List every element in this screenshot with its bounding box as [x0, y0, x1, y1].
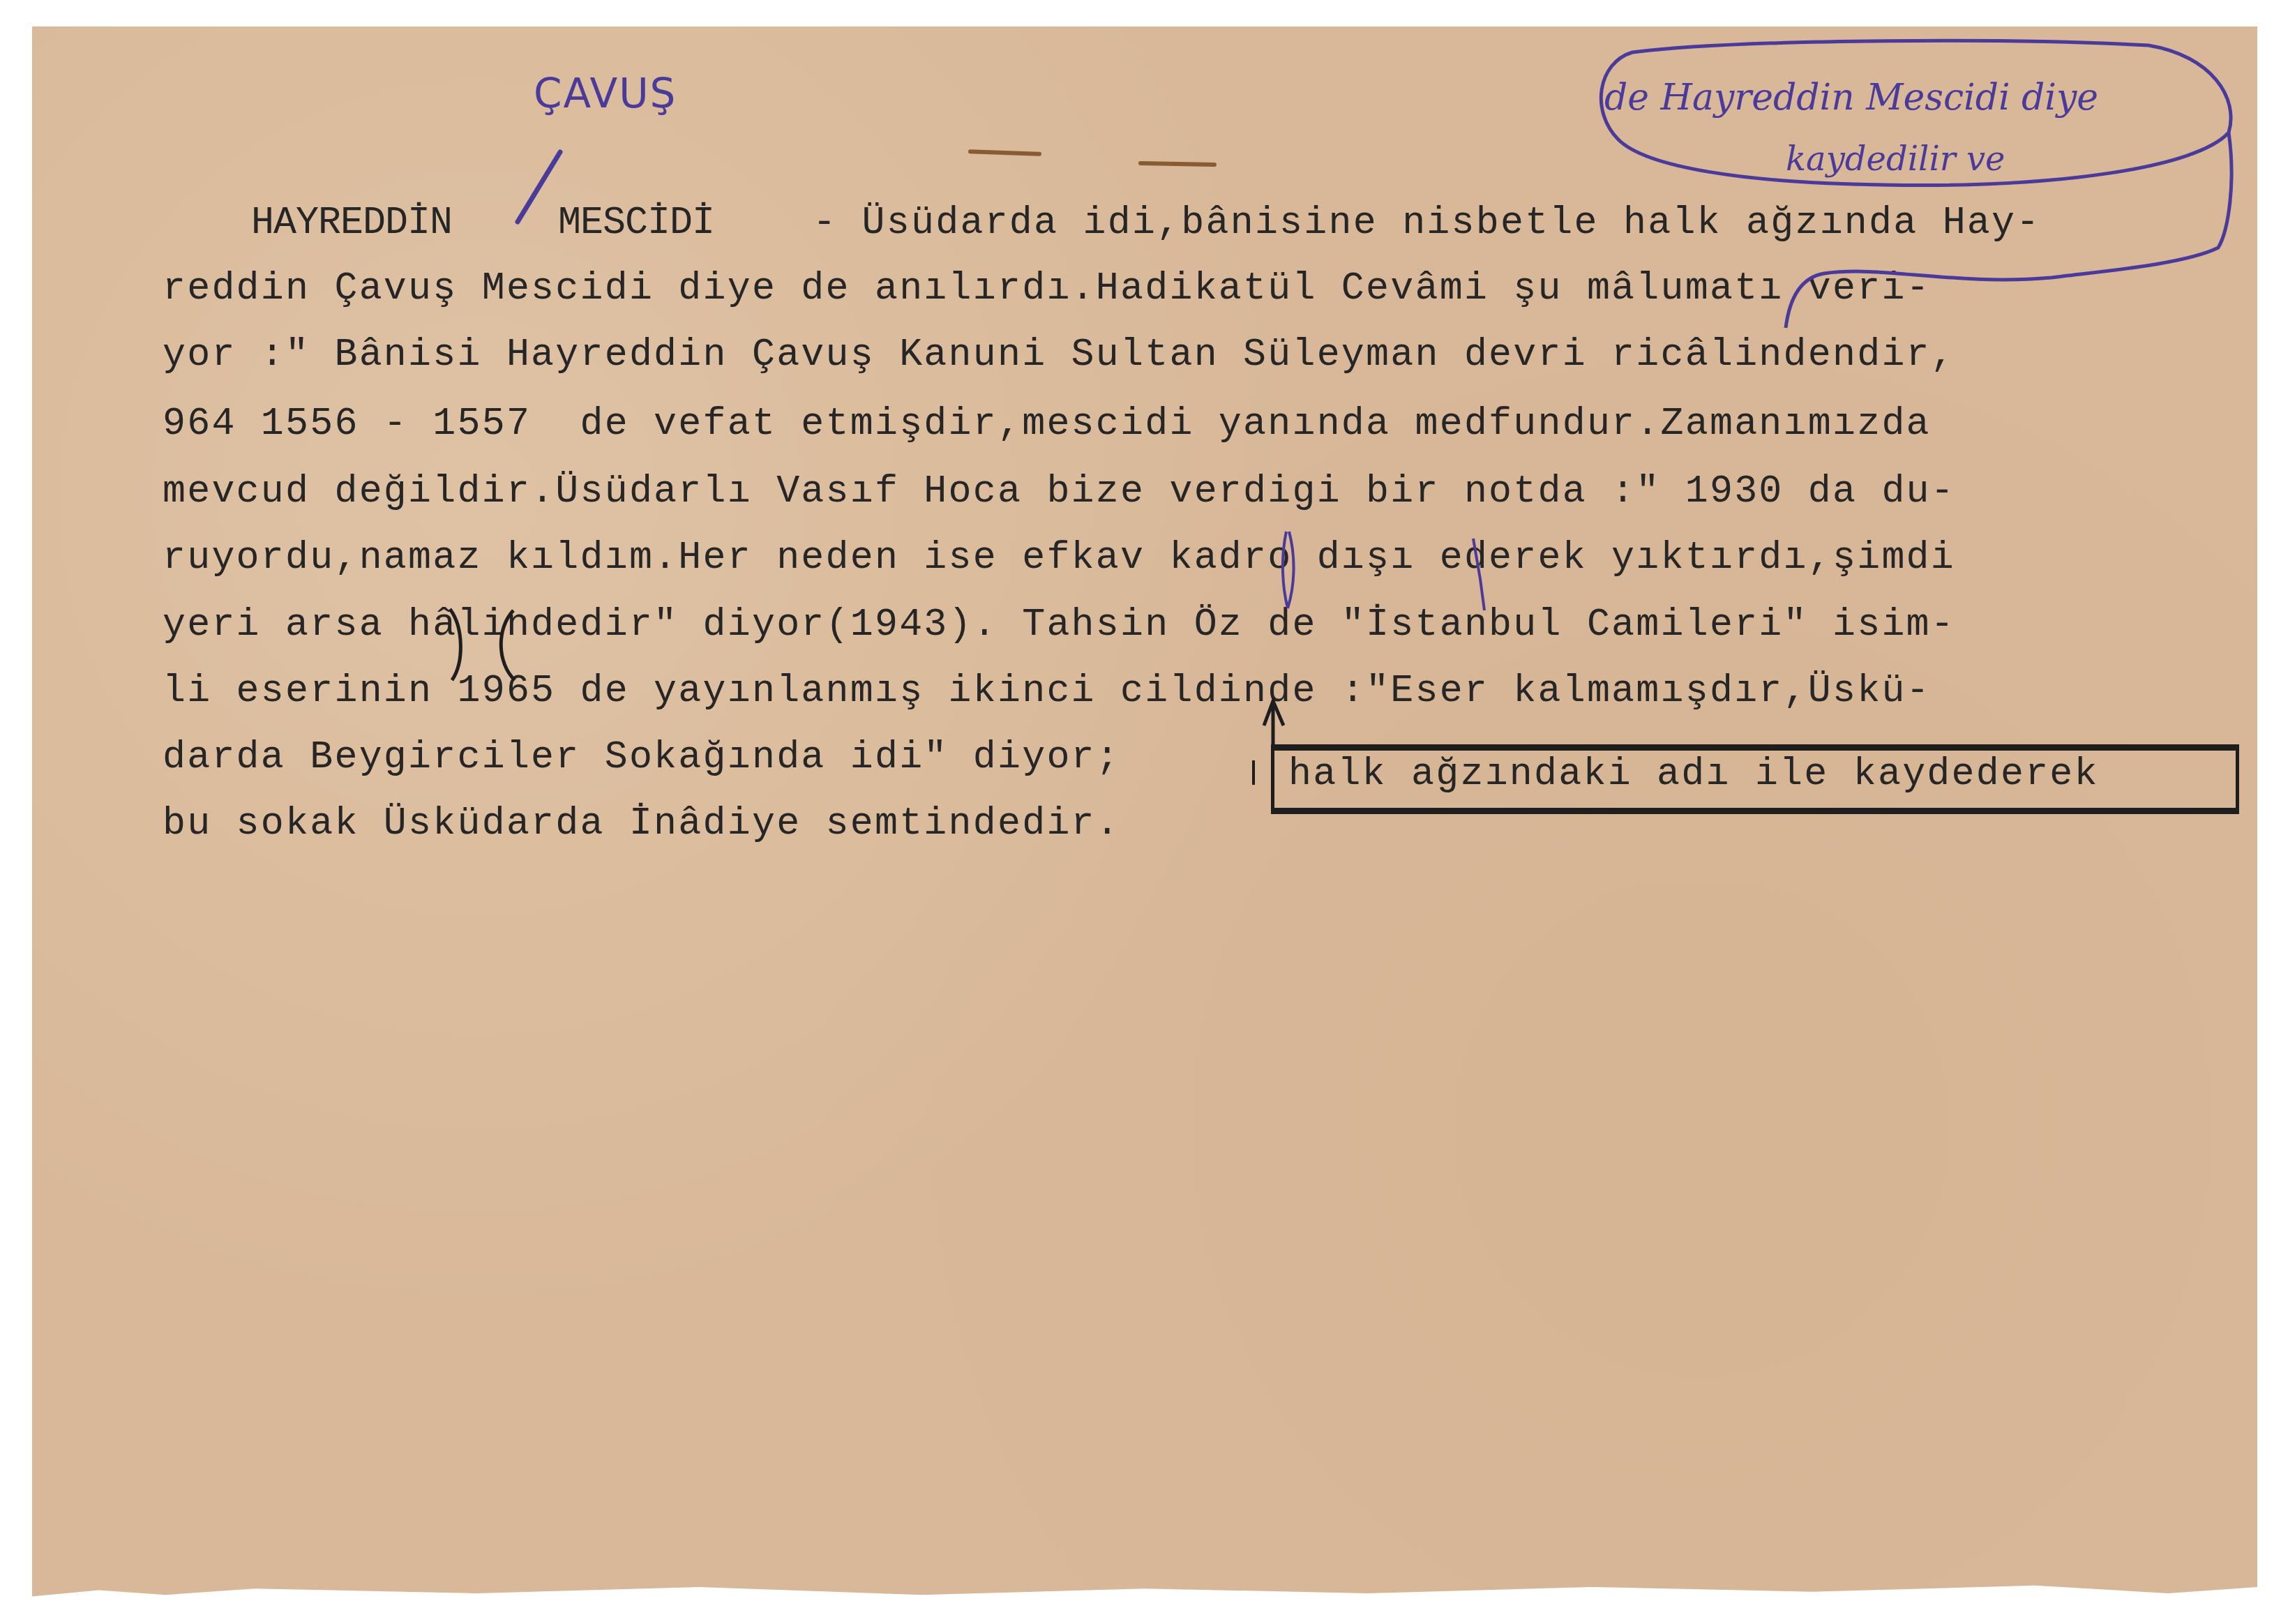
correction-mark: [1283, 532, 1288, 608]
parenthesis-left: [501, 610, 515, 680]
pen-annotations: [0, 0, 2281, 1624]
balloon-outline: [1601, 40, 2231, 185]
insertion-caret-icon: [1264, 701, 1283, 749]
correction-mark: [1473, 539, 1484, 610]
insertion-caret-icon: [518, 152, 560, 222]
